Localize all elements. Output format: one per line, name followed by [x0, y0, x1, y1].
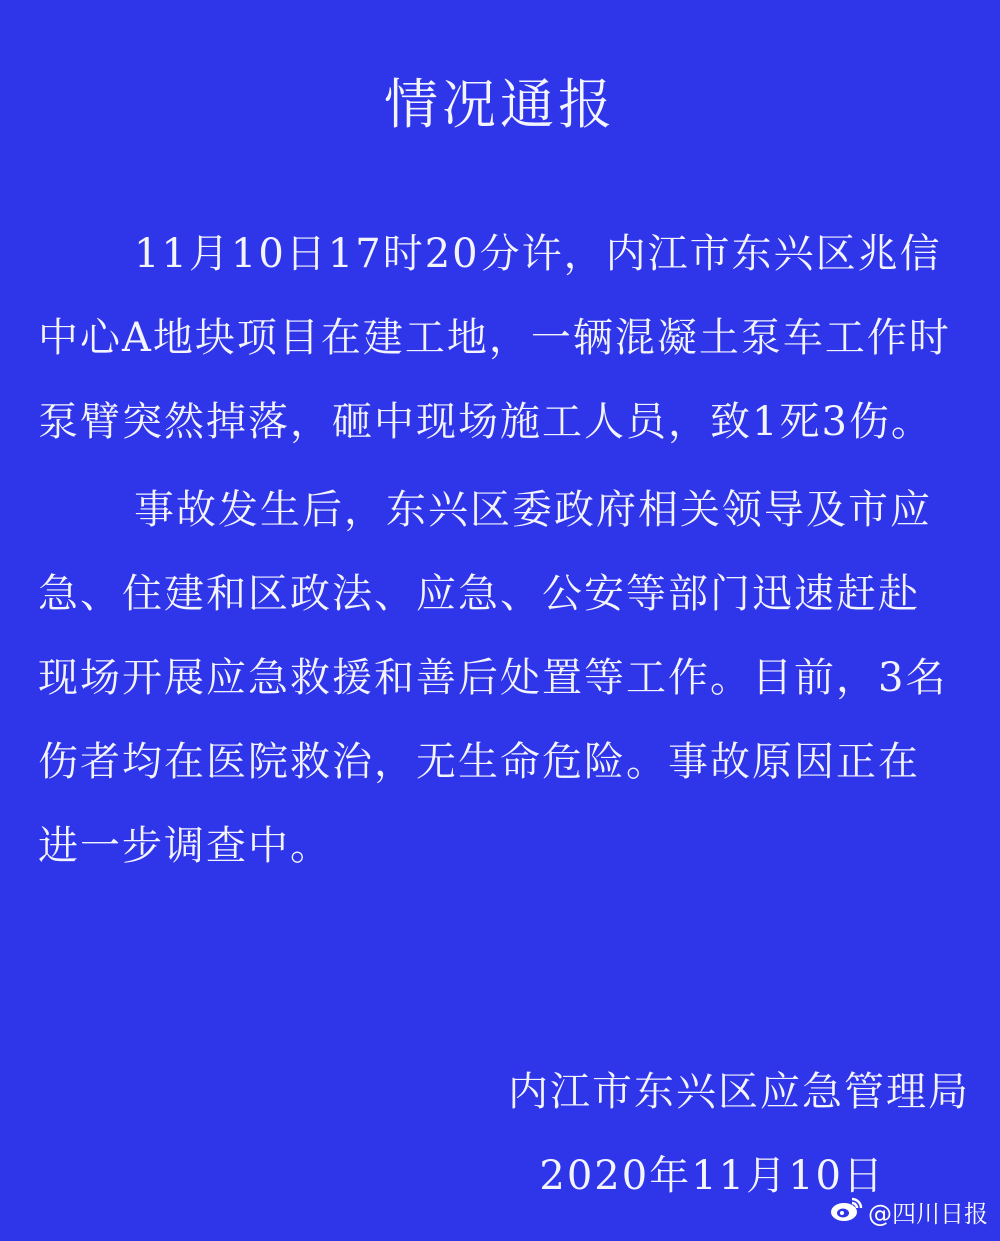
weibo-icon	[830, 1195, 864, 1229]
paragraph-2: 事故发生后，东兴区委政府相关领导及市应急、住建和区政法、应急、公安等部门迅速赶赴…	[38, 468, 958, 888]
paragraph-1: 11月10日17时20分许，内江市东兴区兆信中心A地块项目在建工地，一辆混凝土泵…	[38, 212, 958, 464]
watermark: @四川日报	[830, 1194, 988, 1229]
notice-body: 11月10日17时20分许，内江市东兴区兆信中心A地块项目在建工地，一辆混凝土泵…	[38, 212, 958, 892]
notice-title: 情况通报	[0, 62, 1000, 139]
signature-block: 内江市东兴区应急管理局 2020年11月10日	[508, 1050, 970, 1218]
watermark-text: @四川日报	[868, 1194, 988, 1229]
signature-org: 内江市东兴区应急管理局	[508, 1050, 970, 1134]
